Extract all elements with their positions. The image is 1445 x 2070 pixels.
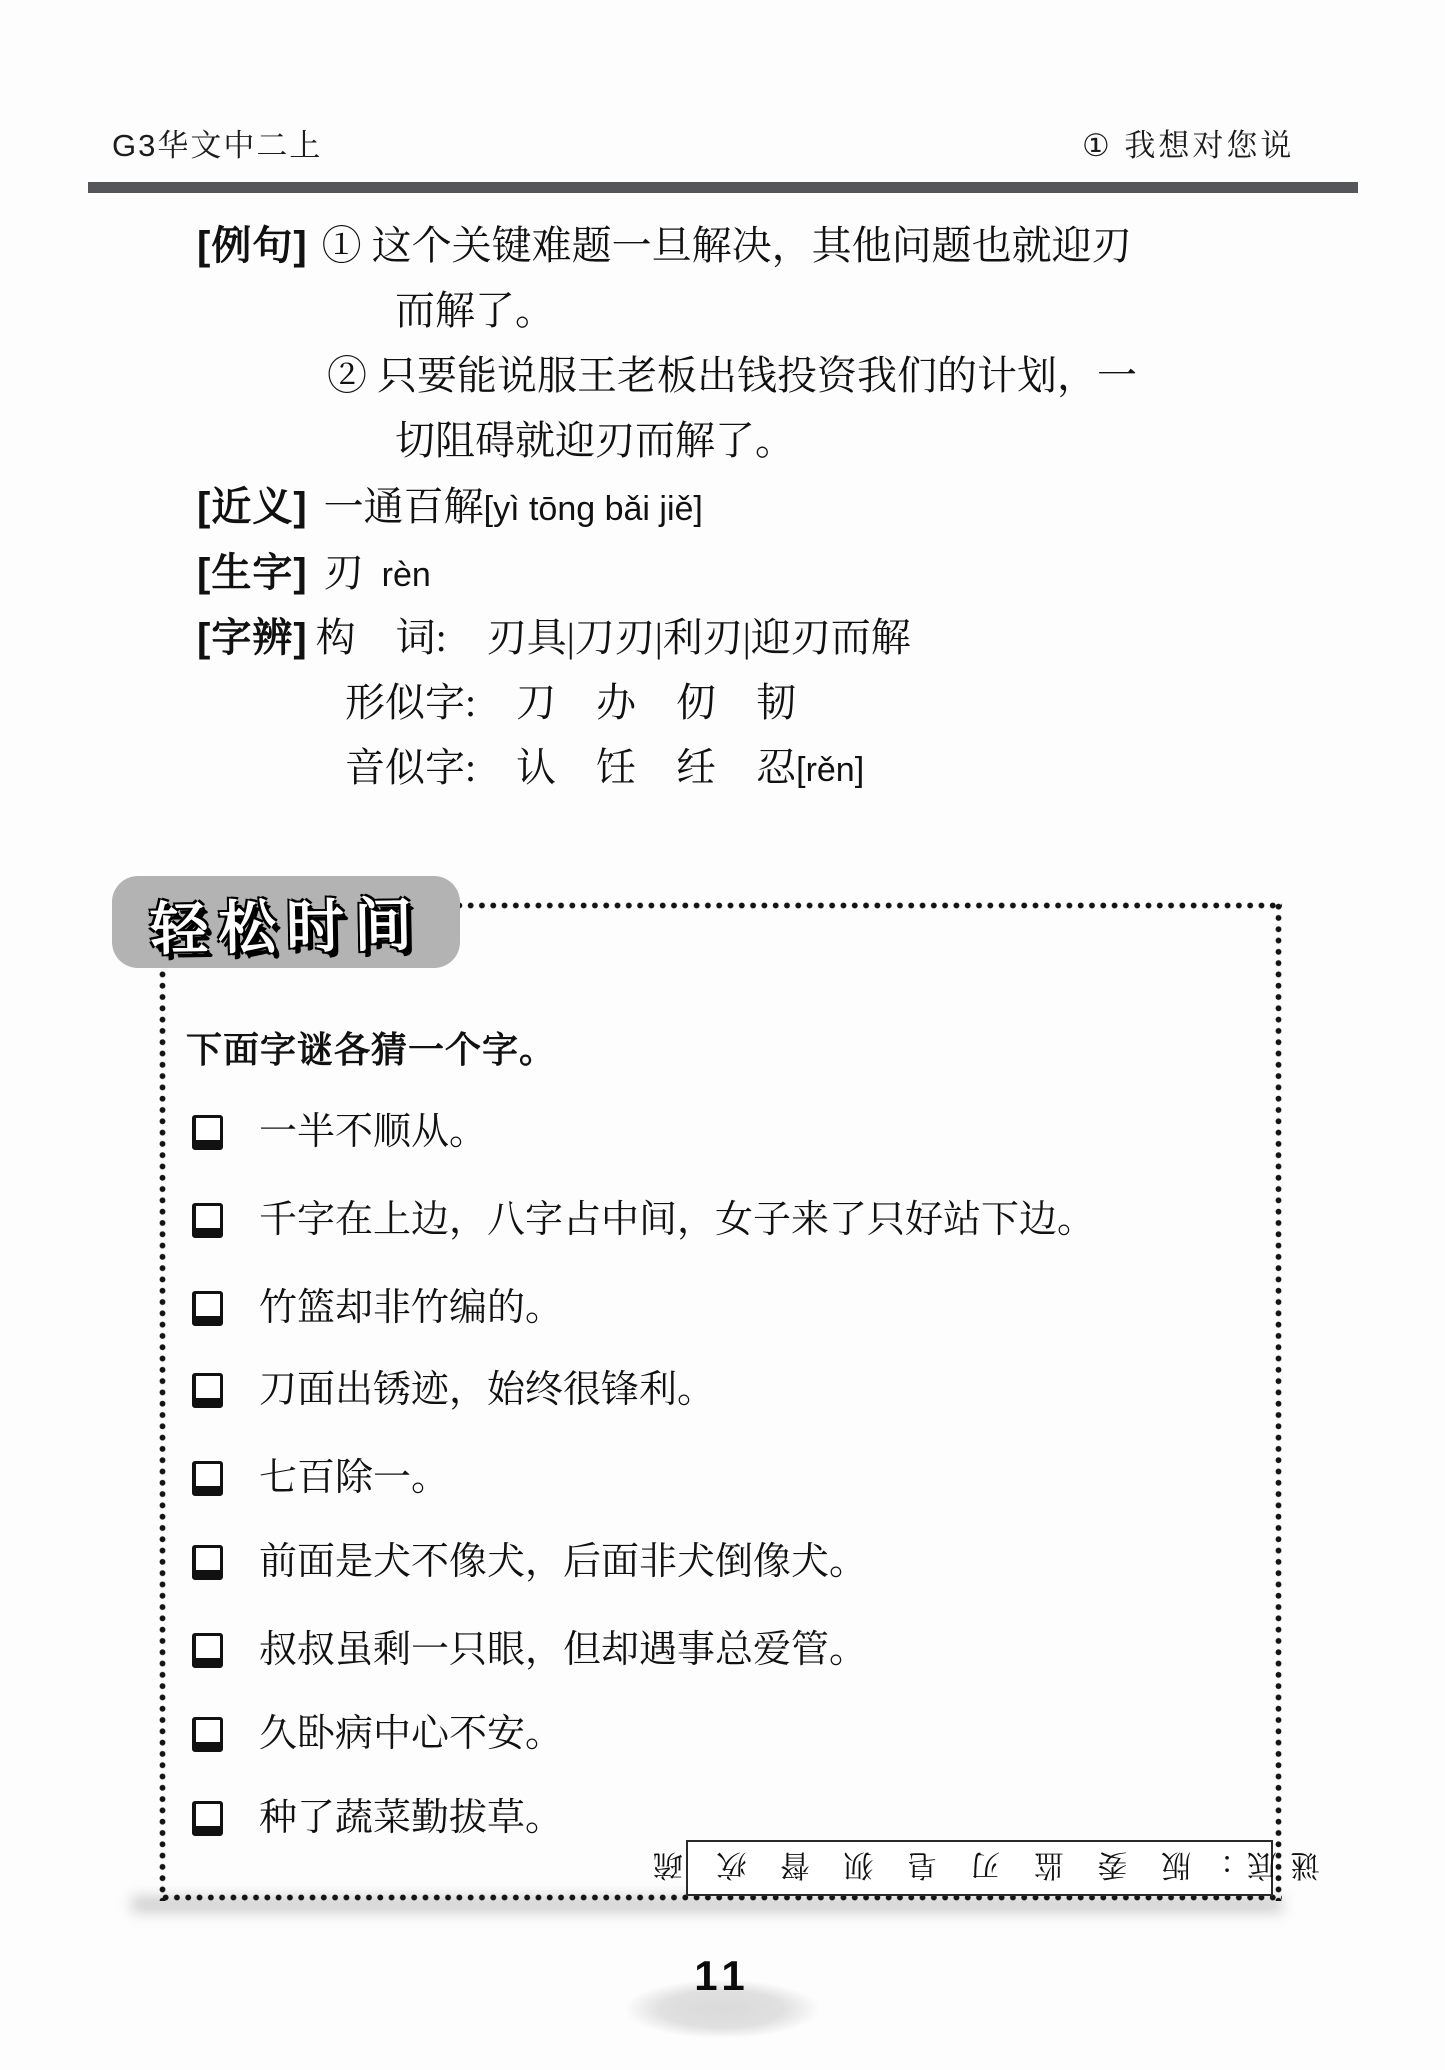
riddle-item: 叔叔虽剩一只眼，但却遇事总爱管。: [192, 1626, 867, 1674]
header-divider: [88, 182, 1358, 193]
entry-label: [字辨]: [197, 616, 308, 660]
riddle-item: 种了蔬菜勤拔草。: [192, 1794, 563, 1842]
example-sentence-line: 而解了。: [395, 287, 555, 335]
checkbox-icon: [192, 1633, 223, 1668]
dotted-border-left: [158, 901, 167, 1901]
relax-time-badge-text: 轻松时间: [149, 878, 422, 967]
entry-text: 切阻碍就迎刃而解了。: [395, 418, 795, 463]
checkbox-icon: [192, 1203, 223, 1238]
entry-text: 构 词: 刃具|刀刃|利刃|迎刃而解: [316, 615, 911, 660]
riddle-item: 一半不顺从。: [192, 1108, 487, 1156]
entry-label: [例句]: [197, 224, 308, 268]
checkbox-icon: [192, 1373, 223, 1408]
checkbox-icon: [192, 1717, 223, 1752]
entry-text: 音似字: 认 饪 纴 忍: [345, 745, 796, 790]
pinyin-text: [yì tōng bǎi jiě]: [484, 490, 703, 528]
new-character-line: [生字]刃rèn: [197, 549, 431, 599]
riddle-text: 久卧病中心不安。: [259, 1710, 563, 1758]
pinyin-text: rèn: [382, 556, 431, 594]
answers-text: 谜底：版 委 监 刃 皂 狈 督 疚 疏: [640, 1846, 1320, 1890]
entry-text: 一通百解: [324, 484, 484, 529]
riddle-text: 千字在上边，八字占中间，女子来了只好站下边。: [259, 1196, 1095, 1244]
checkbox-icon: [192, 1291, 223, 1326]
riddle-instructions: 下面字谜各猜一个字。: [186, 1022, 556, 1073]
riddle-text: 竹篮却非竹编的。: [259, 1284, 563, 1332]
entry-label: [近义]: [197, 485, 308, 529]
example-sentence-line: ② 只要能说服王老板出钱投资我们的计划，一: [327, 352, 1137, 400]
riddle-text: 种了蔬菜勤拔草。: [259, 1794, 563, 1842]
relax-time-badge: 轻松时间: [112, 876, 460, 968]
riddle-item: 七百除一。: [192, 1454, 449, 1502]
example-sentence-line: [例句]① 这个关键难题一旦解决，其他问题也就迎刃: [197, 222, 1132, 270]
checkbox-icon: [192, 1801, 223, 1836]
upside-down-answers-box: 谜底：版 委 监 刃 皂 狈 督 疚 疏: [686, 1840, 1273, 1896]
similar-sound-line: 音似字: 认 饪 纴 忍[rěn]: [345, 744, 864, 794]
checkbox-icon: [192, 1461, 223, 1496]
dotted-border-right: [1274, 901, 1283, 1901]
riddle-text: 刀面出锈迹，始终很锋利。: [259, 1366, 715, 1414]
riddle-text: 叔叔虽剩一只眼，但却遇事总爱管。: [259, 1626, 867, 1674]
header-book-title: G3华文中二上: [112, 120, 322, 165]
riddle-item: 千字在上边，八字占中间，女子来了只好站下边。: [192, 1196, 1095, 1244]
checkbox-icon: [192, 1115, 223, 1150]
riddle-item: 久卧病中心不安。: [192, 1710, 563, 1758]
pinyin-text: [rěn]: [796, 751, 864, 789]
entry-label: [生字]: [197, 551, 308, 595]
example-sentence-line: 切阻碍就迎刃而解了。: [395, 417, 795, 465]
book-page: G3华文中二上 ① 我想对您说 [例句]① 这个关键难题一旦解决，其他问题也就迎…: [0, 0, 1445, 2070]
entry-text: 而解了。: [395, 288, 555, 333]
checkbox-icon: [192, 1545, 223, 1580]
header-chapter-title: ① 我想对您说: [1082, 120, 1294, 165]
riddle-item: 前面是犬不像犬，后面非犬倒像犬。: [192, 1538, 867, 1586]
riddle-text: 前面是犬不像犬，后面非犬倒像犬。: [259, 1538, 867, 1586]
riddle-item: 刀面出锈迹，始终很锋利。: [192, 1366, 715, 1414]
entry-text: ② 只要能说服王老板出钱投资我们的计划，一: [327, 353, 1137, 398]
riddle-item: 竹篮却非竹编的。: [192, 1284, 563, 1332]
entry-text: 刃: [324, 550, 364, 595]
similar-shape-line: 形似字: 刀 办 仞 韧: [345, 679, 796, 727]
character-discrimination-line: [字辨]构 词: 刃具|刀刃|利刃|迎刃而解: [197, 614, 911, 662]
entry-text: 形似字: 刀 办 仞 韧: [345, 680, 796, 725]
entry-text: ① 这个关键难题一旦解决，其他问题也就迎刃: [322, 223, 1132, 268]
riddle-text: 七百除一。: [259, 1454, 449, 1502]
synonym-line: [近义]一通百解[yì tōng bǎi jiě]: [197, 483, 703, 533]
riddle-text: 一半不顺从。: [259, 1108, 487, 1156]
page-number: 11: [0, 1952, 1445, 2000]
